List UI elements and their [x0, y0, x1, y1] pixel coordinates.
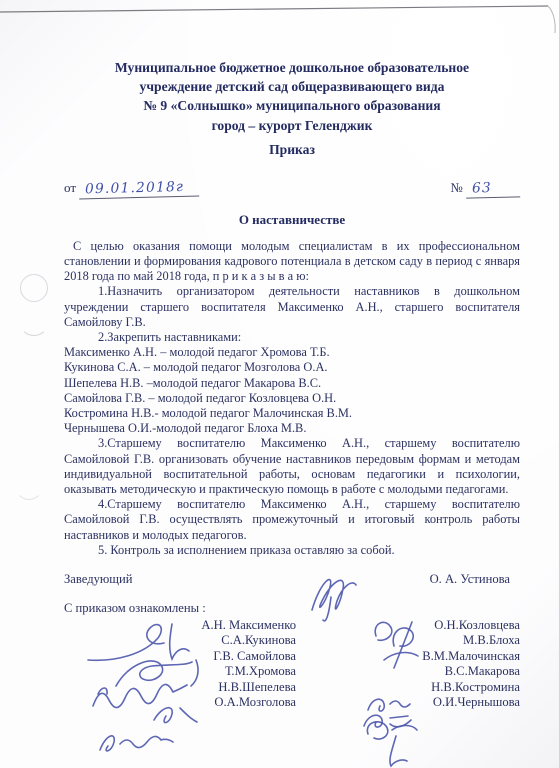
number-group: № 63 [450, 180, 520, 198]
acknowledgment-columns: А.Н. МаксименкоС.А.КукиноваГ.В. Самойлов… [64, 618, 520, 710]
mentor-pair-line: Кукинова С.А. – молодой педагог Мозголов… [64, 360, 520, 375]
mentor-pair-line: Шепелева Н.В. –молодой педагог Макарова … [64, 376, 520, 391]
scanned-order-document: Муниципальное бюджетное дошкольное образ… [0, 0, 559, 768]
hole-punch-top [20, 274, 48, 302]
ack-signature-mozgolova [92, 726, 180, 758]
order-paragraph: 2.Закрепить наставниками: [64, 330, 520, 345]
org-header-line: учреждение детский сад общеразвивающего … [64, 77, 520, 96]
signatory-name: О. А. Устинова [430, 572, 510, 587]
org-header-line: Муниципальное бюджетное дошкольное образ… [64, 58, 520, 77]
date-label: от [64, 180, 76, 195]
order-paragraph: С целью оказания помощи молодым специали… [64, 239, 520, 285]
document-content: Муниципальное бюджетное дошкольное образ… [64, 58, 520, 711]
mentor-pairs-list: Максименко А.Н. – молодой педагог Хромов… [64, 345, 520, 436]
mentor-pair-line: Чернышева О.И.-молодой педагог Блоха М.В… [64, 421, 520, 436]
ack-name: Н.В.Костромина [348, 680, 520, 695]
ack-name: Н.В.Шепелева [64, 680, 296, 695]
hole-punch-arc [20, 310, 48, 336]
acknowledgment-label: С приказом ознакомлены : [64, 601, 520, 616]
ack-name: А.Н. Максименко [64, 618, 296, 633]
date-value-handwritten: 09.01.2018г [79, 178, 199, 199]
signatory-position: Заведующий [64, 572, 133, 587]
order-lead-paragraphs: С целью оказания помощи молодым специали… [64, 239, 520, 345]
signatory-row: Заведующий О. А. Устинова [64, 572, 520, 587]
ack-name: О.Н.Козловцева [348, 618, 520, 633]
date-group: от 09.01.2018г [64, 180, 199, 198]
order-paragraph: 1.Назначить организатором деятельности н… [64, 284, 520, 330]
ack-right-column: О.Н.КозловцеваМ.В.БлохаВ.М.МалочинскаяВ.… [348, 618, 520, 710]
order-closing-paragraphs: 3.Старшему воспитателю Максименко А.Н., … [64, 436, 520, 558]
order-paragraph: 3.Старшему воспитателю Максименко А.Н., … [64, 436, 520, 497]
mentor-pair-line: Самойлова Г.В. – молодой педагог Козловц… [64, 391, 520, 406]
ack-name: Г.В. Самойлова [64, 649, 296, 664]
hole-punch-bottom [15, 472, 43, 500]
ack-left-column: А.Н. МаксименкоС.А.КукиноваГ.В. Самойлов… [64, 618, 296, 710]
ack-name: М.В.Блоха [348, 633, 520, 648]
org-header-line: № 9 «Солнышко» муниципального образовани… [64, 96, 520, 115]
number-label: № [450, 180, 462, 195]
number-value-handwritten: 63 [466, 179, 520, 198]
doc-type-title: Приказ [64, 142, 520, 158]
ack-name: О.А.Мозголова [64, 695, 296, 710]
ack-name: Т.М.Хромова [64, 664, 296, 679]
acknowledgment-block: С приказом ознакомлены : А.Н. Максименко… [64, 601, 520, 710]
org-header-line: город – курорт Геленджик [64, 116, 520, 135]
date-number-row: от 09.01.2018г № 63 [64, 180, 520, 198]
ack-name: О.И.Чернышова [348, 695, 520, 710]
order-body: С целью оказания помощи молодым специали… [64, 239, 520, 558]
mentor-pair-line: Костромина Н.В.- молодой педагог Малочин… [64, 406, 520, 421]
mentor-pair-line: Максименко А.Н. – молодой педагог Хромов… [64, 345, 520, 360]
ack-name: В.С.Макарова [348, 664, 520, 679]
order-paragraph: 5. Контроль за исполнением приказа остав… [64, 543, 520, 558]
org-header: Муниципальное бюджетное дошкольное образ… [64, 58, 520, 135]
order-paragraph: 4.Старшему воспитателю Максименко А.Н., … [64, 497, 520, 543]
ack-name: С.А.Кукинова [64, 633, 296, 648]
ack-name: В.М.Малочинская [348, 649, 520, 664]
subject-title: О наставничестве [64, 212, 520, 228]
ack-signature-chernyshova [356, 716, 434, 768]
